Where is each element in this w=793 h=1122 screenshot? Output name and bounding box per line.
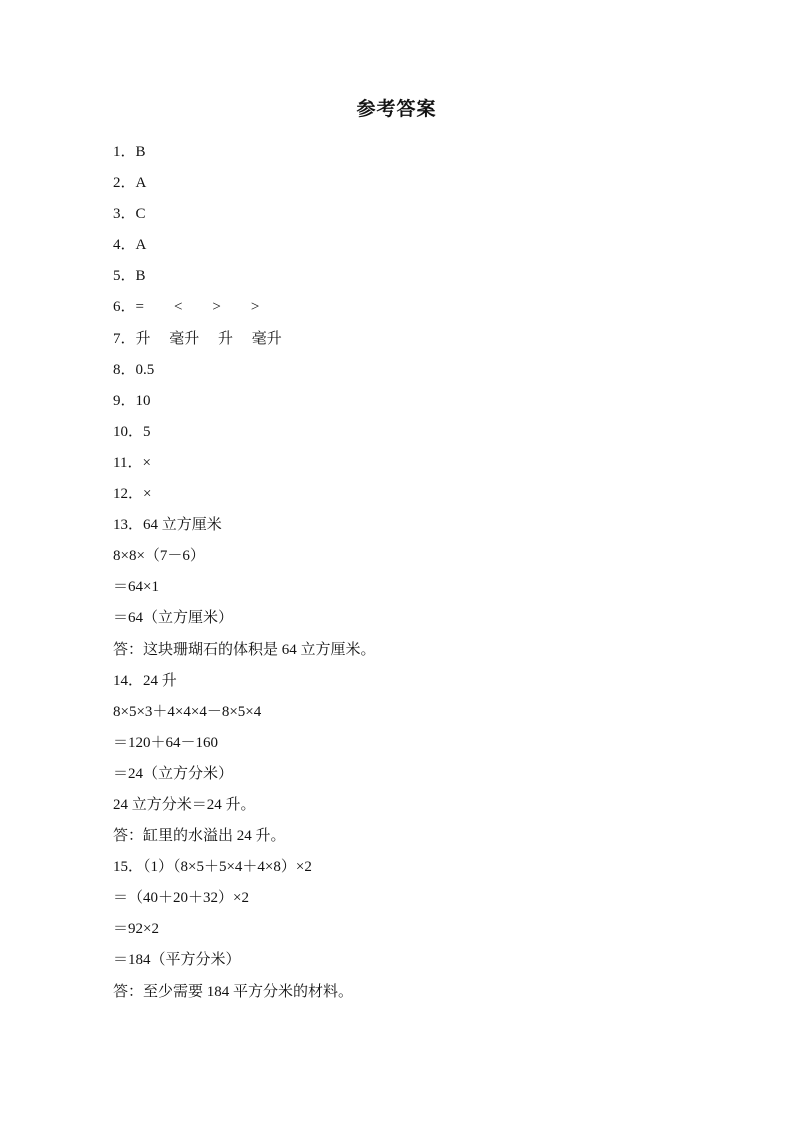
answer-15: 15．（1）（8×5＋5×4＋4×8）×2 <box>113 852 697 883</box>
answer-15-conclusion: 答：至少需要 184 平方分米的材料。 <box>113 977 697 1008</box>
answer-1: 1．B <box>113 137 697 168</box>
answer-13-work-3: ＝64（立方厘米） <box>113 603 697 634</box>
answer-14-conclusion: 答：缸里的水溢出 24 升。 <box>113 821 697 852</box>
answer-15-work-3: ＝184（平方分米） <box>113 945 697 976</box>
answer-2: 2．A <box>113 168 697 199</box>
answer-8: 8．0.5 <box>113 355 697 386</box>
answer-6: 6．= < > > <box>113 292 697 323</box>
answer-13-conclusion: 答：这块珊瑚石的体积是 64 立方厘米。 <box>113 635 697 666</box>
answer-13-work-1: 8×8×（7－6） <box>113 541 697 572</box>
answer-10: 10．5 <box>113 417 697 448</box>
answer-14-work-1: 8×5×3＋4×4×4－8×5×4 <box>113 697 697 728</box>
answer-14-work-4: 24 立方分米＝24 升。 <box>113 790 697 821</box>
answer-4: 4．A <box>113 230 697 261</box>
document-page: 参考答案 1．B 2．A 3．C 4．A 5．B 6．= < > > 7．升 毫… <box>0 0 793 1122</box>
answer-13: 13．64 立方厘米 <box>113 510 697 541</box>
answer-14-work-3: ＝24（立方分米） <box>113 759 697 790</box>
answer-11: 11．× <box>113 448 697 479</box>
page-title: 参考答案 <box>0 0 793 123</box>
answer-5: 5．B <box>113 261 697 292</box>
answer-14-work-2: ＝120＋64－160 <box>113 728 697 759</box>
answer-9: 9．10 <box>113 386 697 417</box>
answer-12: 12．× <box>113 479 697 510</box>
answer-13-work-2: ＝64×1 <box>113 572 697 603</box>
answer-14: 14．24 升 <box>113 666 697 697</box>
answers-list: 1．B 2．A 3．C 4．A 5．B 6．= < > > 7．升 毫升 升 毫… <box>113 137 697 1008</box>
answer-15-work-2: ＝92×2 <box>113 914 697 945</box>
answer-7: 7．升 毫升 升 毫升 <box>113 324 697 355</box>
answer-3: 3．C <box>113 199 697 230</box>
answer-15-work-1: ＝（40＋20＋32）×2 <box>113 883 697 914</box>
